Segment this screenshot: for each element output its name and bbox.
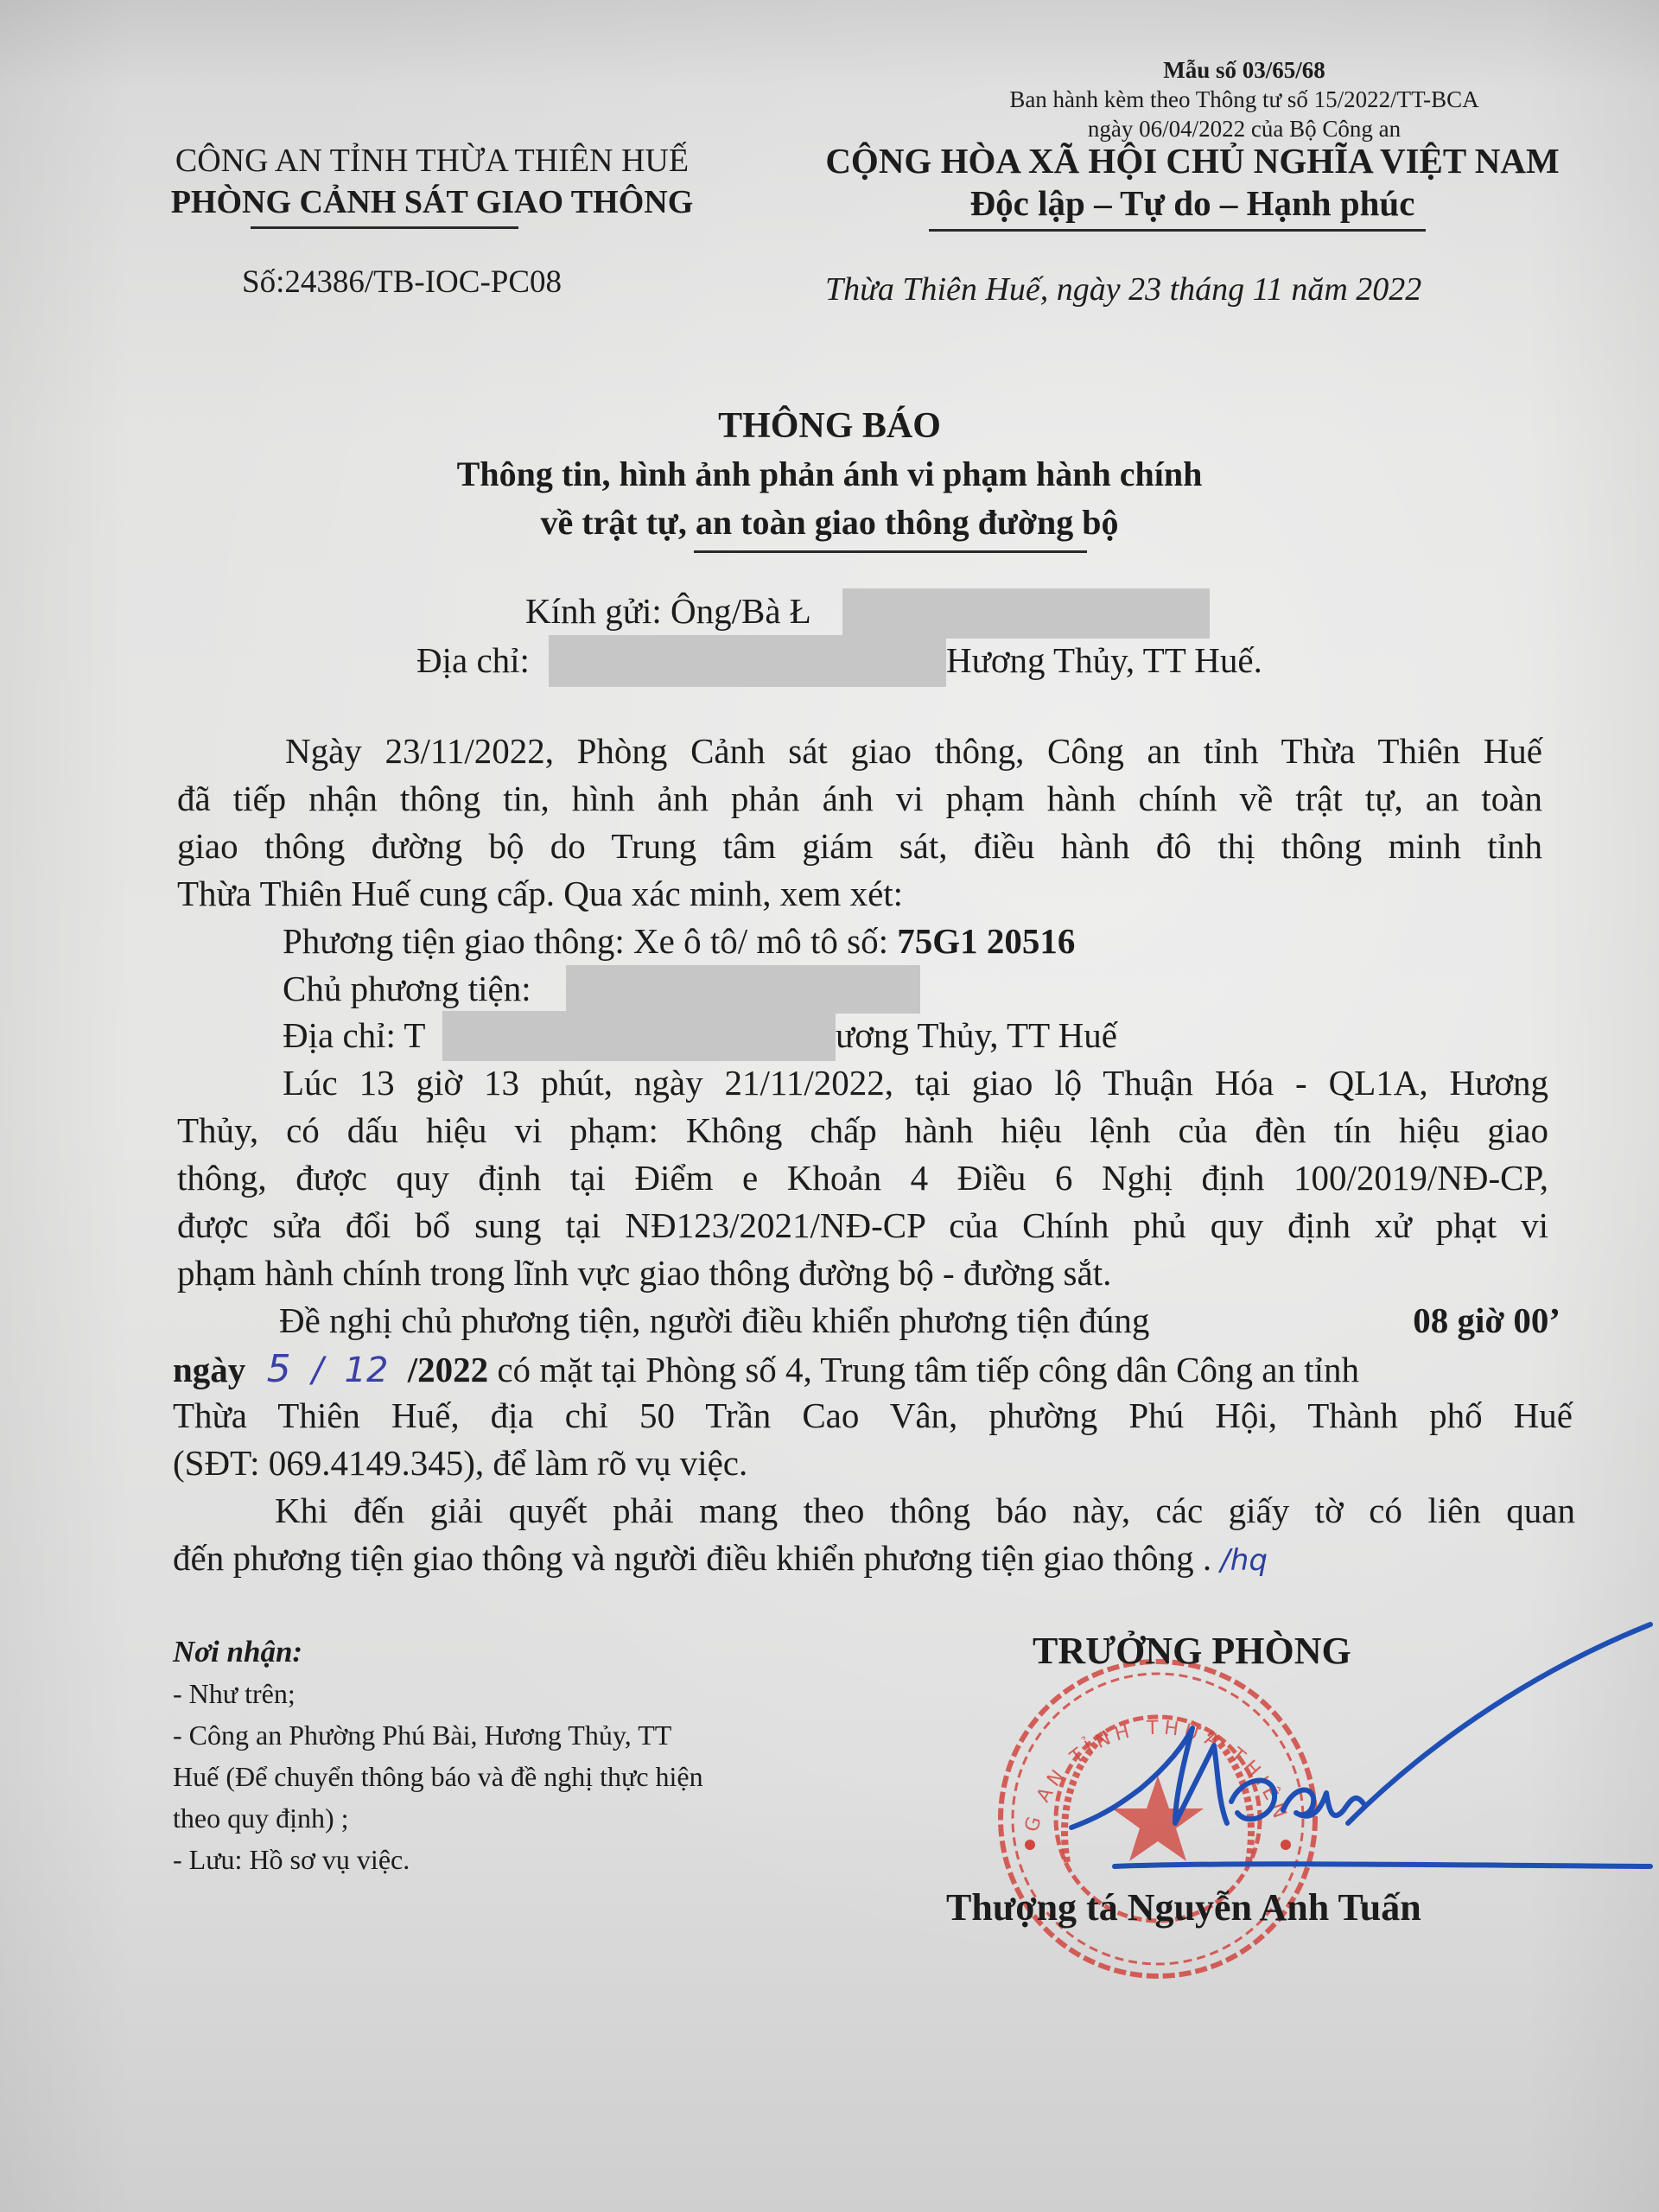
nation-line-2: Độc lập – Tự do – Hạnh phúc <box>760 181 1624 225</box>
recipient-greeting: Kính gửi: Ông/Bà Ł <box>525 590 811 632</box>
body-p2-line: Thủy, có dấu hiệu vi phạm: Không chấp hà… <box>177 1109 1548 1151</box>
title-sub-1: Thông tin, hình ảnh phản ánh vi phạm hàn… <box>311 450 1348 499</box>
body-p1-line: Thừa Thiên Huế cung cấp. Qua xác minh, x… <box>177 873 903 914</box>
body-p3-line-3: Thừa Thiên Huế, địa chỉ 50 Trần Cao Vân,… <box>173 1395 1573 1436</box>
p3-line1-text: Đề nghị chủ phương tiện, người điều khiể… <box>279 1300 1149 1341</box>
body-p1-line: đã tiếp nhận thông tin, hình ảnh phản án… <box>177 778 1542 819</box>
recipient-address-tail: Hương Thủy, TT Huế. <box>946 639 1262 681</box>
recipients-item: Huế (Để chuyển thông báo và đề nghị thực… <box>173 1756 703 1797</box>
body-p4-line: đến phương tiện giao thông và người điều… <box>173 1537 1268 1579</box>
signatory-name: Thượng tá Nguyễn Anh Tuấn <box>946 1885 1421 1929</box>
vehicle-info: Phương tiện giao thông: Xe ô tô/ mô tô s… <box>283 920 1075 962</box>
document-title: THÔNG BÁO Thông tin, hình ảnh phản ánh v… <box>311 402 1348 547</box>
handwritten-signature-icon <box>1054 1616 1659 1910</box>
org-line-2: PHÒNG CẢNH SÁT GIAO THÔNG <box>112 181 752 223</box>
body-p4-text: đến phương tiện giao thông và người điều… <box>173 1538 1211 1578</box>
body-p3-line-2: ngày 5 / 12 /2022 có mặt tại Phòng số 4,… <box>173 1347 1573 1391</box>
redacted-owner <box>566 965 920 1014</box>
appointment-year: /2022 <box>408 1350 488 1389</box>
recipients-item: - Như trên; <box>173 1673 703 1714</box>
body-p2-line: thông, được quy định tại Điểm e Khoản 4 … <box>177 1157 1548 1198</box>
recipients-item: - Công an Phường Phú Bài, Hương Thủy, TT <box>173 1714 703 1756</box>
form-issued-with: Ban hành kèm theo Thông tư số 15/2022/TT… <box>942 85 1547 114</box>
recipients-list: Nơi nhận: - Như trên; - Công an Phường P… <box>173 1631 703 1880</box>
document-number: Số:24386/TB-IOC-PC08 <box>242 264 562 301</box>
redacted-address <box>549 635 946 687</box>
handwritten-month: 12 <box>345 1351 389 1390</box>
body-p2-line: Lúc 13 giờ 13 phút, ngày 21/11/2022, tại… <box>283 1062 1548 1103</box>
redacted-name <box>842 588 1210 639</box>
issuing-organization: CÔNG AN TỈNH THỪA THIÊN HUẾ PHÒNG CẢNH S… <box>112 140 752 223</box>
title-sub-2: về trật tự, an toàn giao thông đường bộ <box>311 499 1348 547</box>
p3-line2-rest: có mặt tại Phòng số 4, Trung tâm tiếp cô… <box>488 1350 1359 1389</box>
body-p4-line: Khi đến giải quyết phải mang theo thông … <box>275 1490 1575 1531</box>
vehicle-label: Phương tiện giao thông: Xe ô tô/ mô tô s… <box>283 921 897 961</box>
document-place-date: Thừa Thiên Huế, ngày 23 tháng 11 năm 202… <box>825 270 1421 308</box>
form-code: Mẫu số 03/65/68 <box>942 55 1547 85</box>
body-p2-line: phạm hành chính trong lĩnh vực giao thôn… <box>177 1252 1111 1294</box>
national-motto: CỘNG HÒA XÃ HỘI CHỦ NGHĨA VIỆT NAM Độc l… <box>760 140 1624 225</box>
handwritten-separator: / <box>312 1351 323 1390</box>
initials-mark: /hq <box>1220 1543 1268 1578</box>
redacted-owner-address <box>442 1011 836 1061</box>
owner-label: Chủ phương tiện: <box>283 968 531 1009</box>
title-main: THÔNG BÁO <box>311 402 1348 450</box>
vehicle-plate: 75G1 20516 <box>897 921 1075 961</box>
owner-address-tail: ương Thủy, TT Huế <box>836 1014 1117 1056</box>
title-underline <box>694 550 1087 553</box>
body-p3-line-4: (SĐT: 069.4149.345), để làm rõ vụ việc. <box>173 1442 747 1484</box>
nation-line-1: CỘNG HÒA XÃ HỘI CHỦ NGHĨA VIỆT NAM <box>760 140 1624 181</box>
appointment-time: 08 giờ 00’ <box>1413 1300 1560 1341</box>
recipient-address-label: Địa chỉ: <box>416 639 530 681</box>
owner-address-label: Địa chỉ: T <box>283 1014 425 1056</box>
form-issued-date: ngày 06/04/2022 của Bộ Công an <box>942 114 1547 143</box>
motto-underline <box>929 229 1426 232</box>
body-p2-line: được sửa đổi bổ sung tại NĐ123/2021/NĐ-C… <box>177 1205 1548 1246</box>
body-p3-line-1: Đề nghị chủ phương tiện, người điều khiể… <box>279 1300 1560 1341</box>
org-underline <box>251 226 518 229</box>
handwritten-day: 5 <box>267 1347 291 1391</box>
body-p1-line: giao thông đường bộ do Trung tâm giám sá… <box>177 825 1542 867</box>
recipients-item: - Lưu: Hồ sơ vụ việc. <box>173 1839 703 1880</box>
appointment-day-label: ngày <box>173 1350 245 1389</box>
recipients-item: theo quy định) ; <box>173 1797 703 1839</box>
form-reference: Mẫu số 03/65/68 Ban hành kèm theo Thông … <box>942 55 1547 143</box>
org-line-1: CÔNG AN TỈNH THỪA THIÊN HUẾ <box>112 140 752 181</box>
body-p1-line: Ngày 23/11/2022, Phòng Cảnh sát giao thô… <box>285 730 1542 772</box>
recipients-heading: Nơi nhận: <box>173 1631 703 1673</box>
